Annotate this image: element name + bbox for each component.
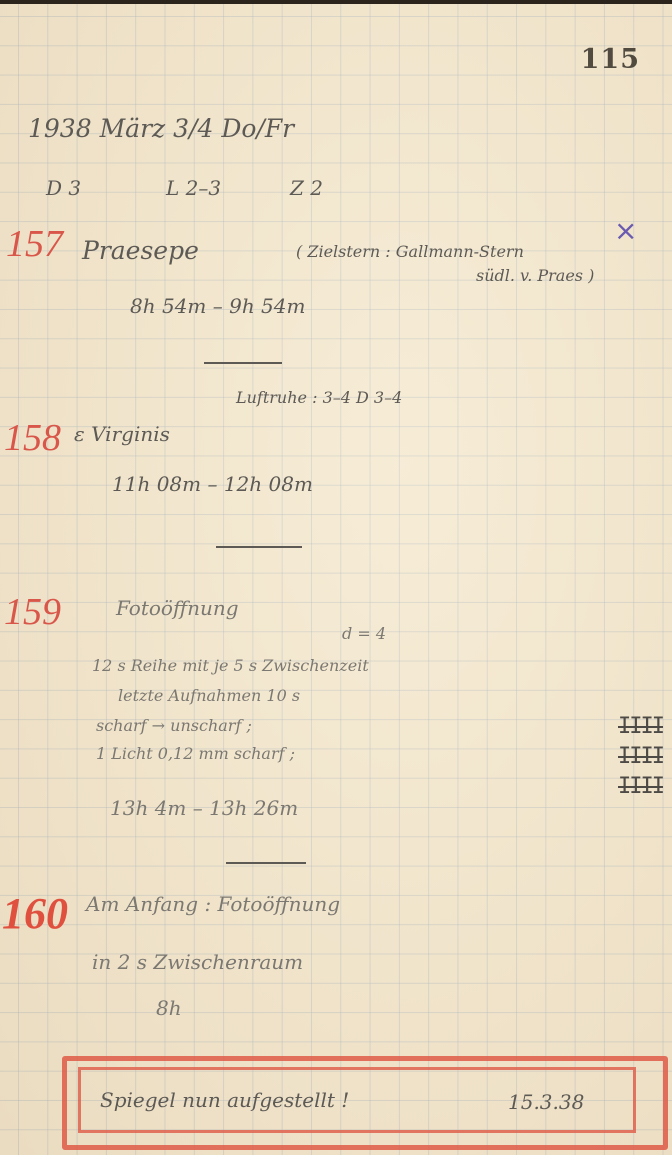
condition-l: L 2–3 xyxy=(166,176,221,200)
tally-marks: IIII IIII IIII xyxy=(618,712,663,802)
separator xyxy=(226,862,306,864)
entry-line: 8h xyxy=(156,996,182,1020)
entry-note-line2: südl. v. Praes ) xyxy=(476,266,594,285)
tally-group: IIII xyxy=(618,772,663,802)
entry-number-158: 158 xyxy=(4,416,61,460)
boxed-note-date: 15.3.38 xyxy=(508,1090,584,1114)
separator xyxy=(216,546,302,548)
entry-note-line1: ( Zielstern : Gallmann-Stern xyxy=(296,242,524,261)
date-line: 1938 März 3/4 Do/Fr xyxy=(28,114,294,143)
entry-object-fotooeffnung: Fotoöffnung xyxy=(116,596,239,620)
entry-time-157: 8h 54m – 9h 54m xyxy=(130,294,305,318)
separator xyxy=(204,362,282,364)
entry-line: scharf → unscharf ; xyxy=(96,716,252,735)
condition-d: D 3 xyxy=(46,176,81,200)
entry-line: letzte Aufnahmen 10 s xyxy=(118,686,300,705)
entry-object-epsilon-virginis: ε Virginis xyxy=(74,422,170,446)
entry-time-158: 11h 08m – 12h 08m xyxy=(112,472,313,496)
entry-line: in 2 s Zwischenraum xyxy=(92,950,303,974)
entry-line: 1 Licht 0,12 mm scharf ; xyxy=(96,744,295,763)
condition-z: Z 2 xyxy=(290,176,323,200)
entry-line: 12 s Reihe mit je 5 s Zwischenzeit xyxy=(92,656,369,675)
seeing-conditions: Luftruhe : 3–4 D 3–4 xyxy=(236,388,402,407)
entry-number-159: 159 xyxy=(4,590,61,634)
entry-number-160: 160 xyxy=(2,888,68,939)
entry-number-157: 157 xyxy=(6,222,63,266)
check-mark-x: × xyxy=(614,214,637,247)
entry-time-159: 13h 4m – 13h 26m xyxy=(110,796,298,820)
page-number: 115 xyxy=(581,44,640,75)
entry-line: Am Anfang : Fotoöffnung xyxy=(86,892,340,916)
entry-object-praesepe: Praesepe xyxy=(82,236,199,265)
notebook-page: 115 1938 März 3/4 Do/Fr D 3 L 2–3 Z 2 15… xyxy=(0,4,672,1155)
boxed-note-text: Spiegel nun aufgestellt ! xyxy=(100,1088,349,1112)
tally-group: IIII xyxy=(618,742,663,772)
tally-group: IIII xyxy=(618,712,663,742)
entry-annotation: d = 4 xyxy=(342,624,386,643)
